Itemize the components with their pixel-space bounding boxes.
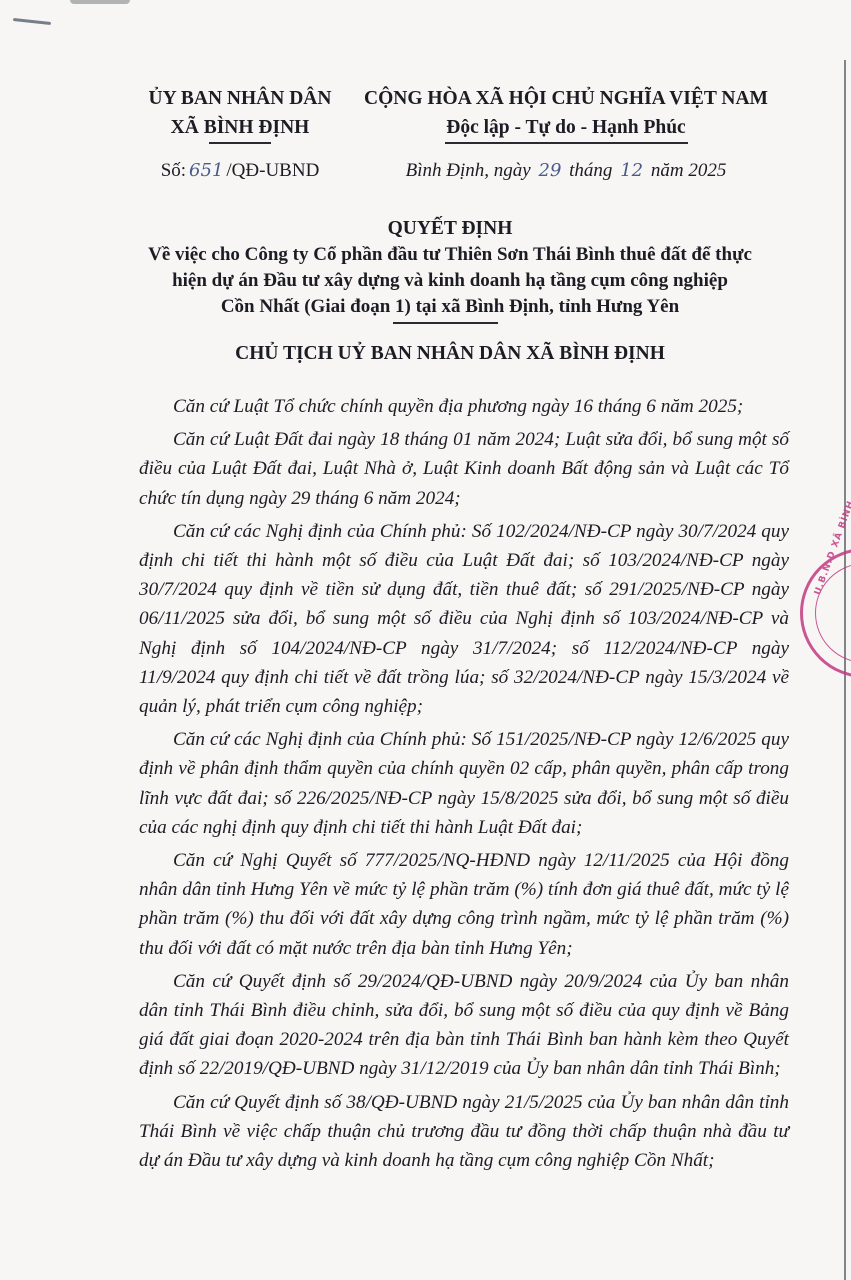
date-month: 12	[620, 160, 643, 181]
agency-commune: XÃ BÌNH ĐỊNH	[135, 113, 345, 142]
legal-basis-paragraph: Căn cứ Luật Đất đai ngày 18 tháng 01 năm…	[139, 425, 789, 513]
decision-subject-line: Cồn Nhất (Giai đoạn 1) tại xã Bình Định,…	[100, 294, 800, 320]
document-date: Bình Định, ngày 29 tháng 12 năm 2025	[352, 160, 780, 182]
agency-name: ỦY BAN NHÂN DÂN	[135, 84, 345, 113]
subject-underline	[393, 322, 498, 324]
scan-mark	[13, 18, 51, 25]
decision-subject-line: hiện dự án Đầu tư xây dựng và kinh doanh…	[100, 268, 800, 294]
motto-underline	[445, 142, 688, 144]
date-month-label: tháng	[569, 160, 612, 181]
decision-title: QUYẾT ĐỊNH	[100, 216, 800, 242]
scan-shadow	[70, 0, 130, 4]
legal-basis-paragraph: Căn cứ các Nghị định của Chính phủ: Số 1…	[139, 517, 789, 721]
legal-basis-paragraph: Căn cứ Luật Tổ chức chính quyền địa phươ…	[139, 392, 789, 421]
document-body: Căn cứ Luật Tổ chức chính quyền địa phươ…	[139, 392, 789, 1179]
date-place: Bình Định, ngày	[406, 160, 531, 181]
agency-block: ỦY BAN NHÂN DÂN XÃ BÌNH ĐỊNH Số:651/QĐ-U…	[135, 84, 345, 182]
number-suffix: /QĐ-UBND	[226, 160, 319, 181]
official-seal-icon: U.B.N.D XÃ BÌNH	[800, 548, 851, 678]
agency-underline	[209, 142, 271, 144]
number-handwritten: 651	[189, 160, 223, 181]
date-day: 29	[539, 160, 562, 181]
nation-block: CỘNG HÒA XÃ HỘI CHỦ NGHĨA VIỆT NAM Độc l…	[352, 84, 780, 182]
legal-basis-paragraph: Căn cứ các Nghị định của Chính phủ: Số 1…	[139, 725, 789, 842]
legal-basis-paragraph: Căn cứ Nghị Quyết số 777/2025/NQ-HĐND ng…	[139, 846, 789, 963]
number-prefix: Số:	[161, 160, 186, 181]
decision-heading: QUYẾT ĐỊNH Về việc cho Công ty Cổ phần đ…	[100, 216, 800, 367]
legal-basis-paragraph: Căn cứ Quyết định số 29/2024/QĐ-UBND ngà…	[139, 967, 789, 1084]
decision-subject-line: Về việc cho Công ty Cổ phần đầu tư Thiên…	[100, 242, 800, 268]
nation-name: CỘNG HÒA XÃ HỘI CHỦ NGHĨA VIỆT NAM	[352, 84, 780, 113]
legal-basis-paragraph: Căn cứ Quyết định số 38/QĐ-UBND ngày 21/…	[139, 1088, 789, 1176]
date-year: năm 2025	[651, 160, 726, 181]
document-number: Số:651/QĐ-UBND	[135, 160, 345, 182]
issuer-title: CHỦ TỊCH UỶ BAN NHÂN DÂN XÃ BÌNH ĐỊNH	[100, 341, 800, 367]
nation-motto: Độc lập - Tự do - Hạnh Phúc	[352, 113, 780, 142]
